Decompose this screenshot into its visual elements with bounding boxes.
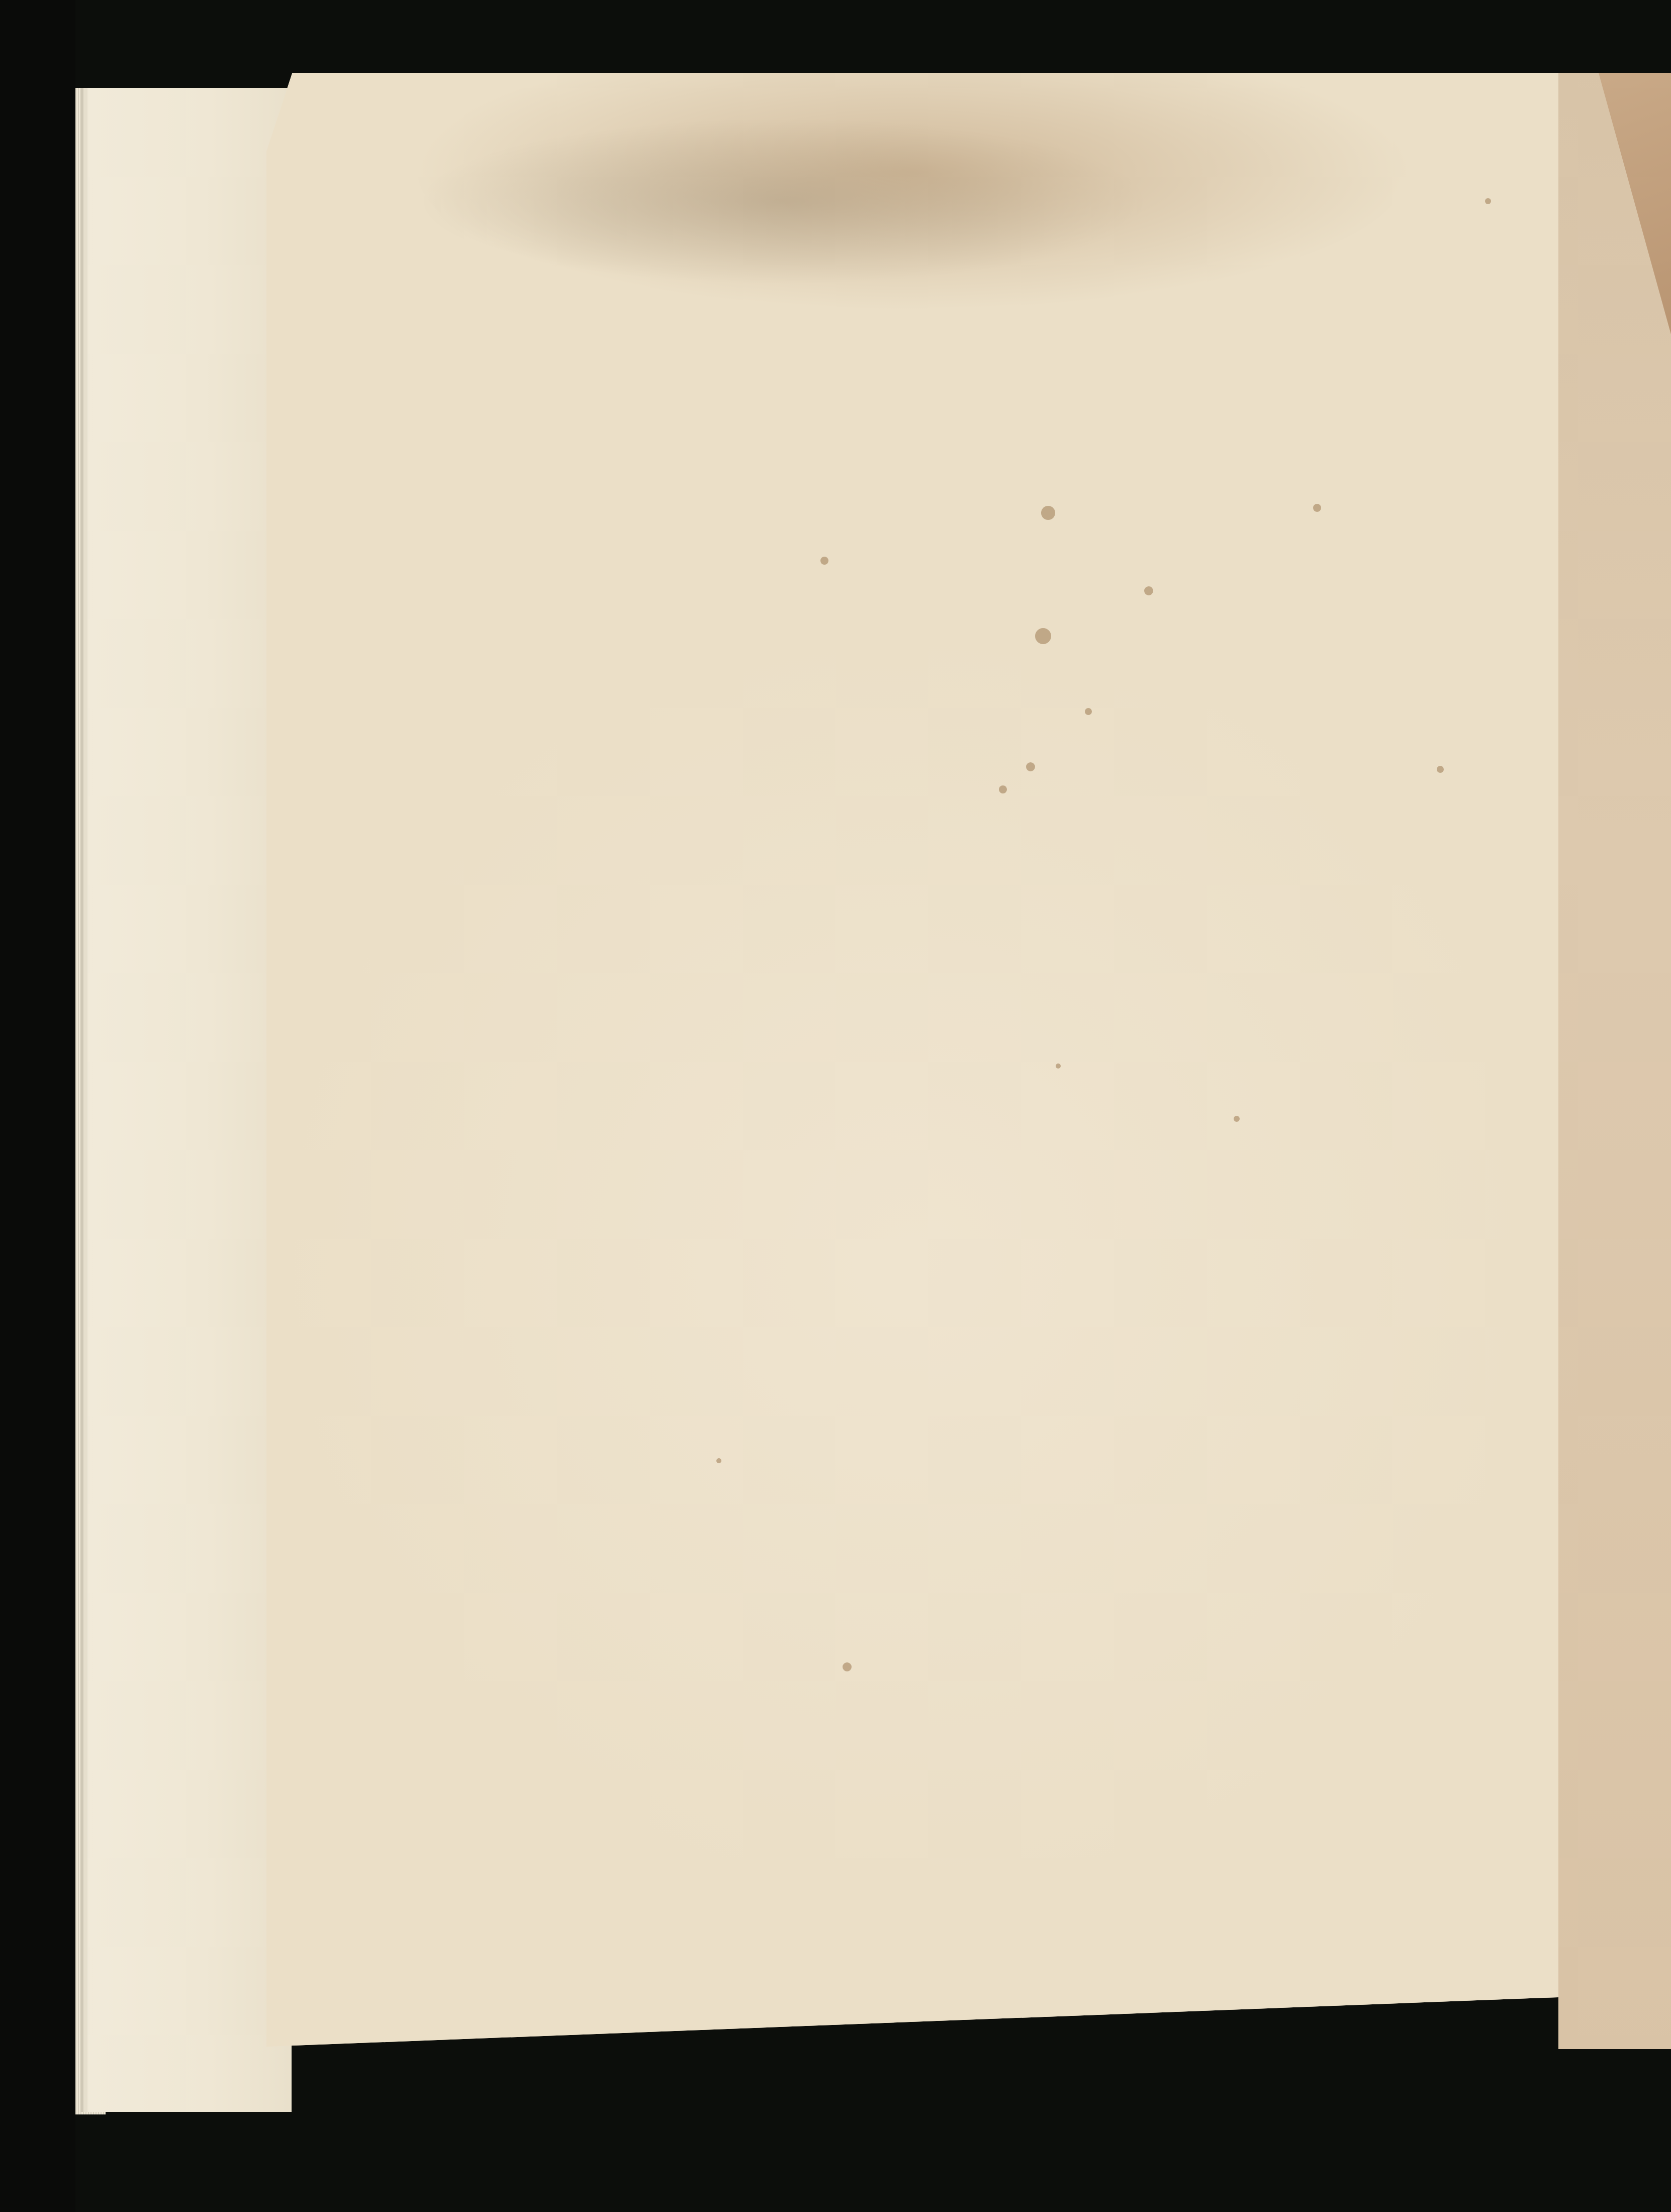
foxing-spot	[716, 1458, 721, 1463]
foxing-spot	[1035, 628, 1051, 644]
foxing-spot	[843, 1662, 852, 1671]
blank-leaf	[266, 73, 1558, 2047]
foxing-spot	[1041, 506, 1055, 520]
foxing-spot	[1056, 1064, 1061, 1069]
foxing-spot	[1085, 708, 1092, 715]
foxing-spot	[1234, 1116, 1240, 1122]
book-cover-edge	[0, 0, 75, 2212]
underlying-page	[80, 88, 292, 2112]
scanned-book-spread	[0, 0, 1671, 2212]
foxing-spot	[820, 557, 828, 565]
facing-page	[1558, 73, 1671, 2049]
foxing-spot	[1026, 762, 1035, 771]
foxing-spot	[1485, 198, 1491, 204]
foxing-spot	[999, 785, 1007, 793]
foxing-spot	[1144, 586, 1153, 595]
foxing-spot	[1313, 504, 1321, 512]
foxing-spot	[1437, 766, 1444, 773]
